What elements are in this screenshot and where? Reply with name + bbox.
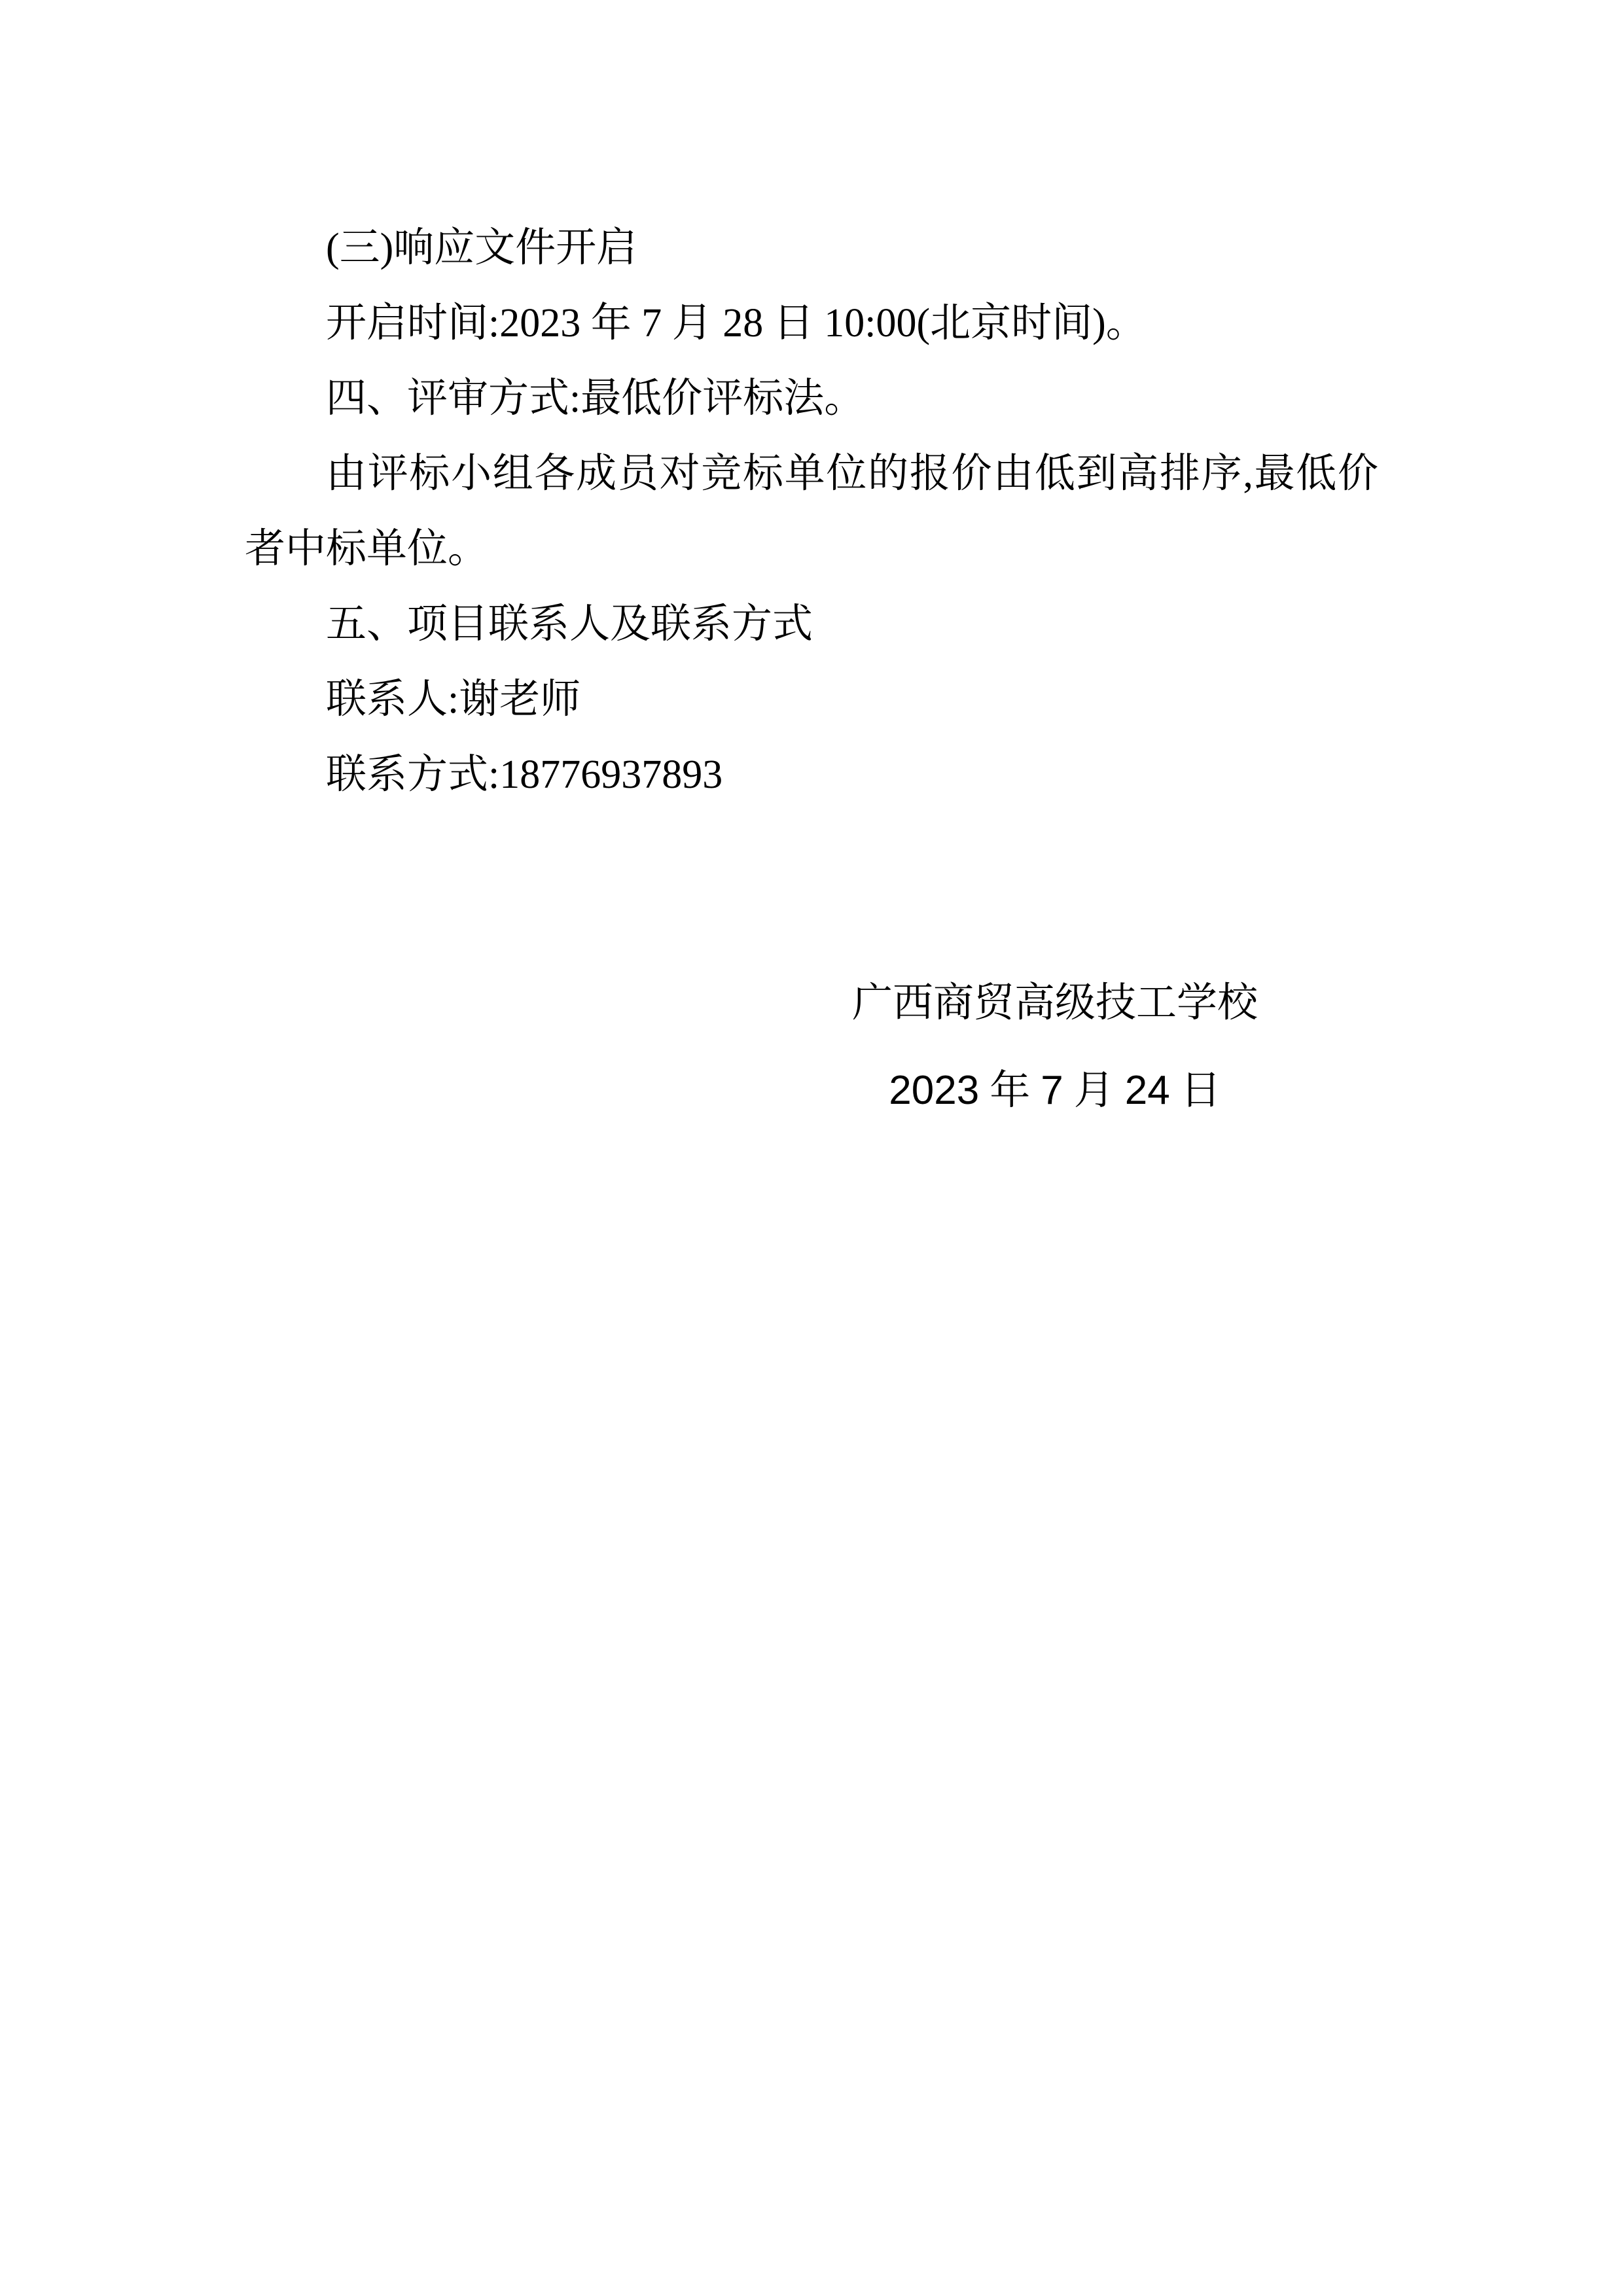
- signature-date-year-unit: 年: [990, 1069, 1030, 1113]
- signature-organization: 广西商贸高级技工学校: [488, 966, 1622, 1041]
- signature-date-year: 2023: [889, 1068, 979, 1113]
- document-page: (三)响应文件开启 开启时间:2023 年 7 月 28 日 10:00(北京时…: [0, 0, 1623, 2296]
- document-body: (三)响应文件开启 开启时间:2023 年 7 月 28 日 10:00(北京时…: [245, 0, 1378, 1129]
- signature-date-day: 24: [1125, 1068, 1170, 1113]
- evaluation-method-paragraph: 由评标小组各成员对竞标单位的报价由低到高排序,最低价者中标单位。: [245, 436, 1378, 587]
- signature-date: 2023年7月24日: [488, 1053, 1622, 1129]
- opening-time-line: 开启时间:2023 年 7 月 28 日 10:00(北京时间)。: [245, 286, 1378, 361]
- signature-date-month-unit: 月: [1074, 1069, 1115, 1113]
- section-5-heading: 五、项目联系人及联系方式: [245, 587, 1378, 662]
- signature-date-day-unit: 日: [1181, 1069, 1221, 1113]
- signature-block: 广西商贸高级技工学校 2023年7月24日: [488, 966, 1622, 1129]
- signature-date-month: 7: [1041, 1068, 1063, 1113]
- section-4-heading: 四、评审方式:最低价评标法。: [245, 361, 1378, 436]
- contact-phone-line: 联系方式:18776937893: [245, 737, 1378, 813]
- contact-person-line: 联系人:谢老师: [245, 662, 1378, 737]
- section-3-heading: (三)响应文件开启: [245, 211, 1378, 286]
